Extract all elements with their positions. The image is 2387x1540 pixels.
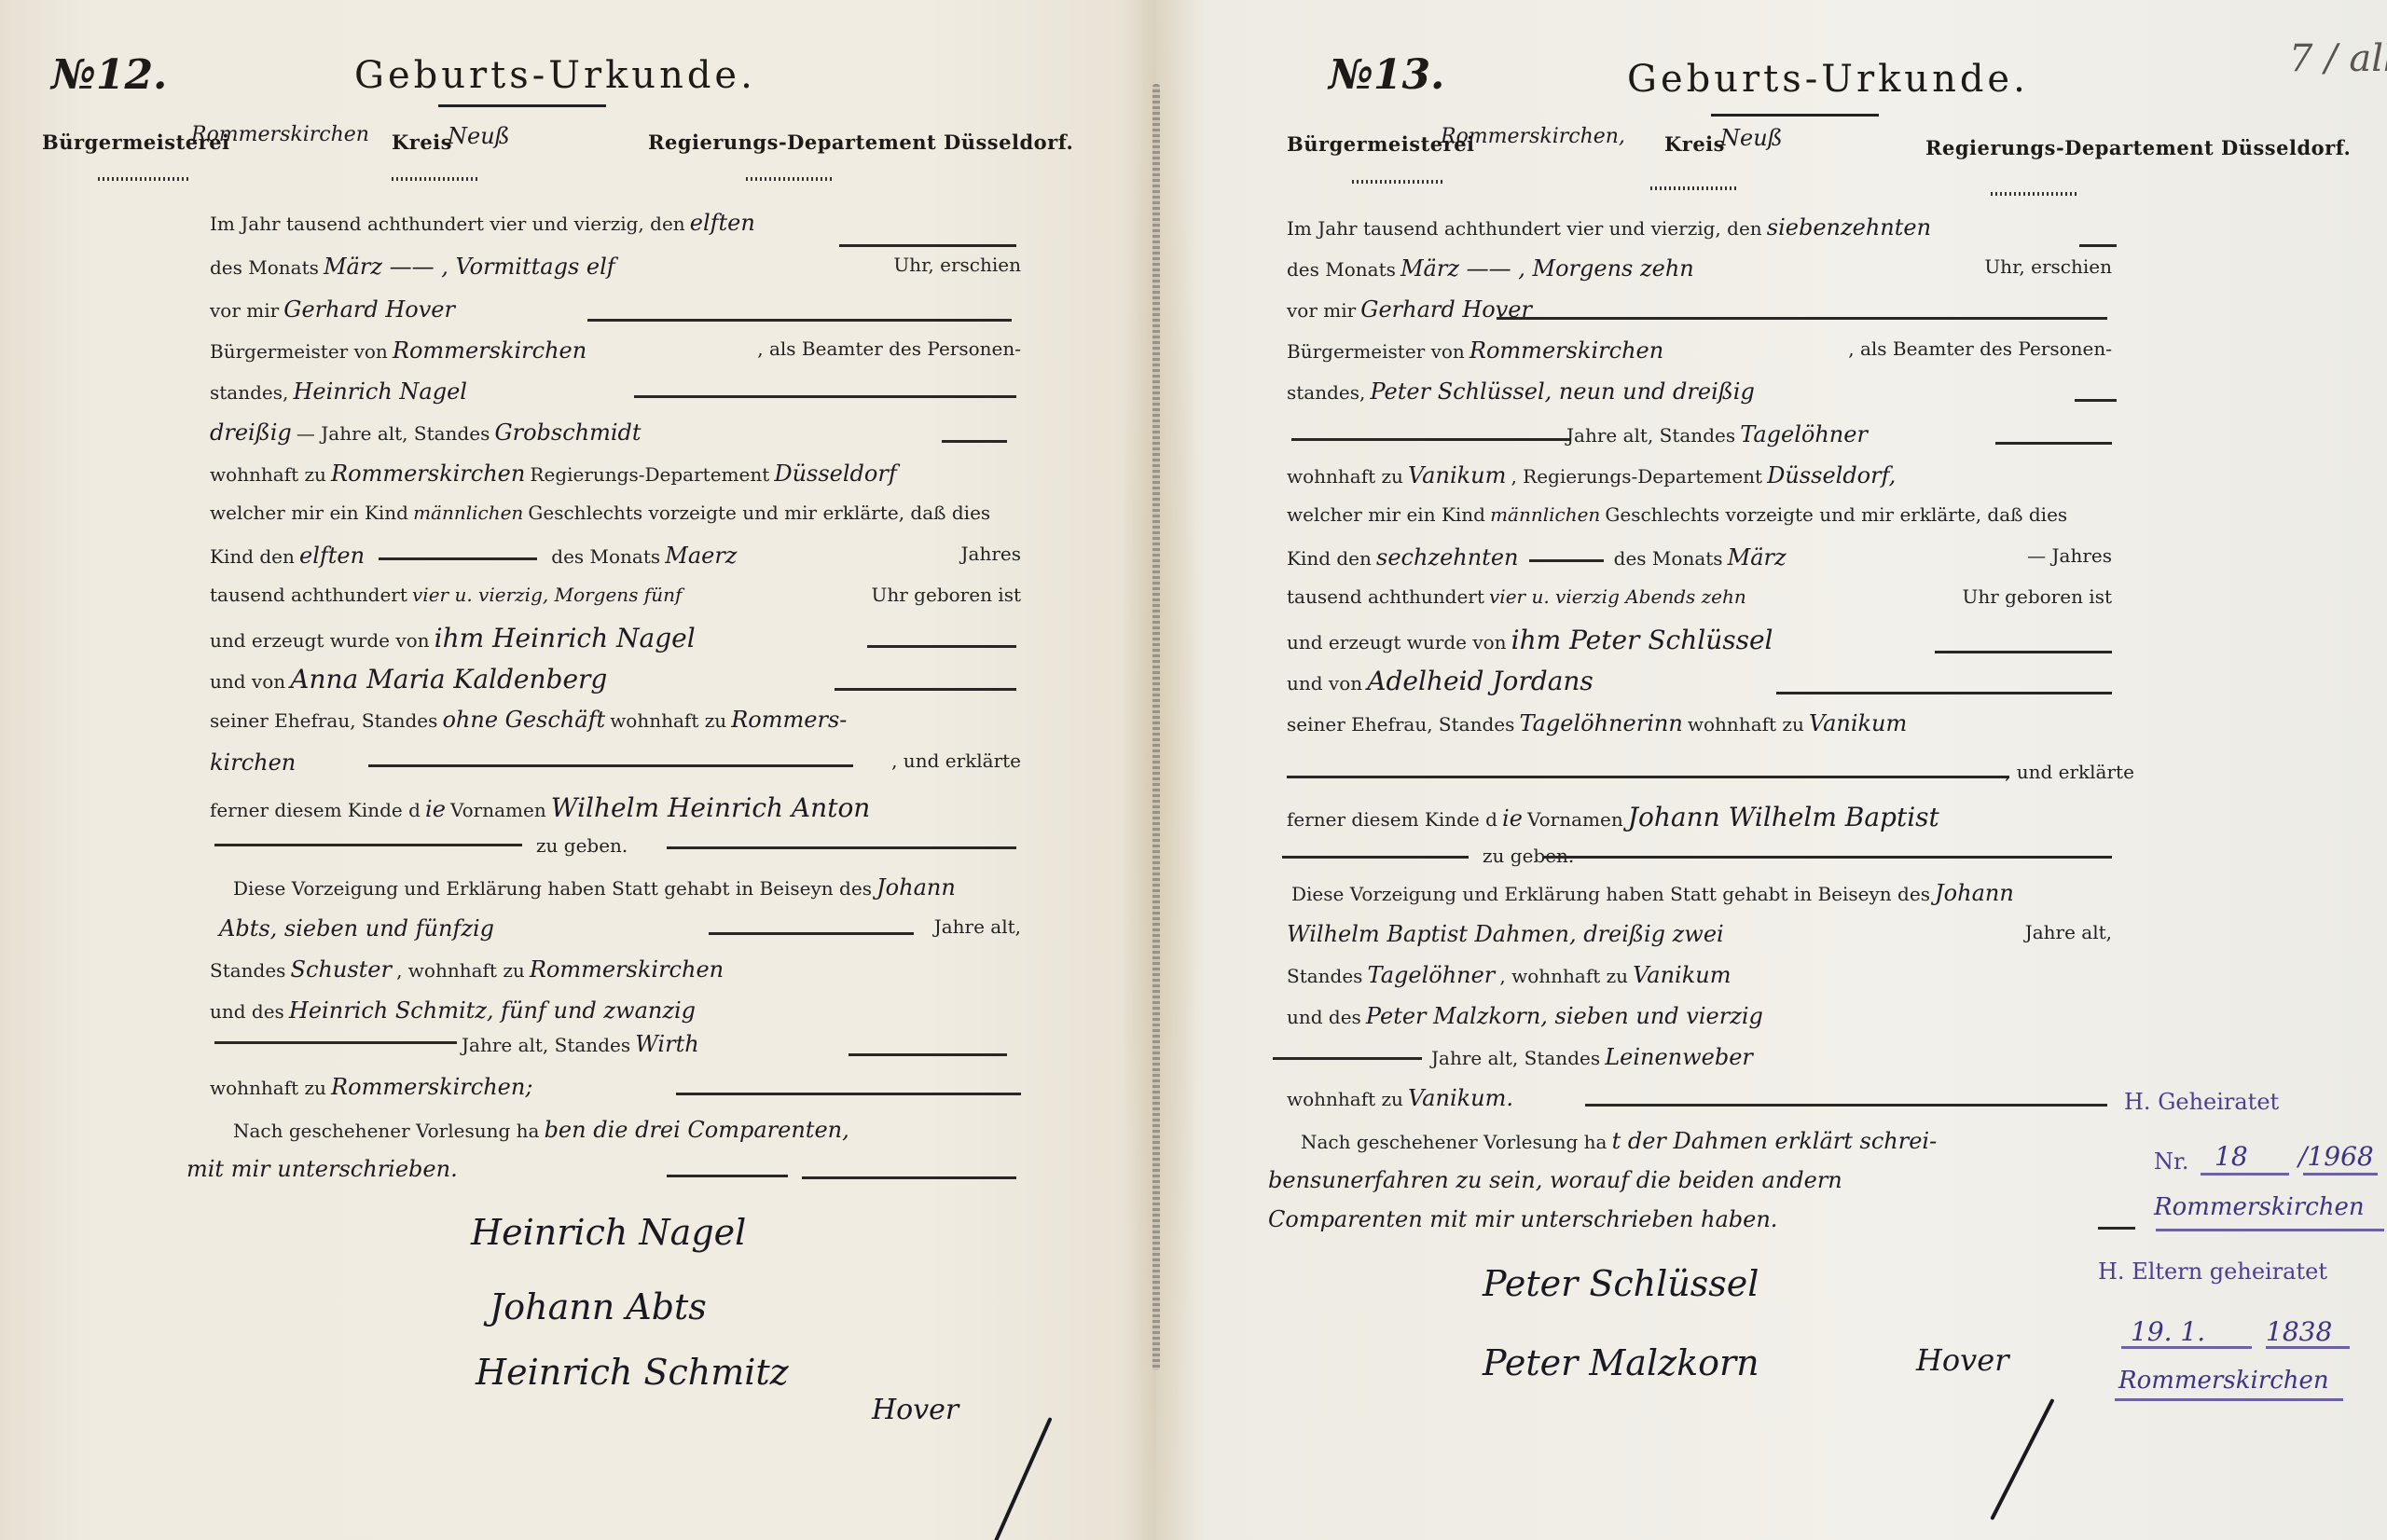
kreis-label: Kreis (1664, 132, 1725, 156)
certificate-number: №13. (1329, 51, 1444, 99)
buergermeisterei-value: Rommerskirchen (191, 123, 369, 146)
signature-witness-2: Heinrich Schmitz (476, 1352, 789, 1393)
blank-rule (587, 319, 1012, 322)
form-line: Kind den elften des Monats Maerz Jahres (210, 543, 1021, 569)
blank-rule (849, 1053, 1007, 1056)
blank-rule (1543, 856, 2112, 859)
blank-rule (1497, 317, 2107, 320)
pencil-page-marking: 7 / ally (2289, 37, 2387, 80)
form-line: Jahre alt, Standes Wirth (462, 1031, 699, 1057)
stamp-year-value: /1968 (2298, 1141, 2374, 1172)
regierung-label: Regierungs-Departement Düsseldorf. (648, 131, 1073, 154)
form-line: Kind den sechzehnten des Monats März — J… (1287, 544, 2112, 571)
form-line: und des Peter Malzkorn, sieben und vierz… (1287, 1003, 1763, 1029)
blank-rule (1995, 442, 2112, 445)
stamp-rule (2115, 1398, 2343, 1401)
dotted-rule (746, 177, 835, 181)
spine-stain (1119, 0, 1203, 1540)
blank-rule (214, 844, 522, 846)
dotted-rule (1991, 192, 2079, 196)
stamp-rule (2121, 1346, 2252, 1349)
stamp-place: Rommerskirchen (2154, 1193, 2365, 1221)
form-line: tausend achthundert vier u. vierzig Aben… (1287, 585, 2112, 608)
blank-rule (379, 557, 537, 560)
title-rule (438, 104, 606, 107)
form-line: Bürgermeister von Rommerskirchen , als B… (210, 337, 1021, 364)
stamp-rule (2201, 1173, 2289, 1176)
form-line: Comparenten mit mir unterschrieben haben… (1268, 1206, 1777, 1232)
stamp-parents-year: 1838 (2266, 1316, 2332, 1347)
title-rule (1711, 114, 1879, 117)
blank-rule (667, 1175, 788, 1177)
blank-rule (1935, 651, 2112, 653)
form-line: und erzeugt wurde von ihm Peter Schlüsse… (1287, 625, 1773, 655)
blank-rule (1529, 559, 1604, 562)
signature-father: Peter Schlüssel (1483, 1263, 1759, 1304)
certificate-title: Geburts-Urkunde. (354, 54, 756, 97)
blank-rule (839, 244, 1016, 247)
blank-rule (2098, 1227, 2135, 1230)
form-line: Jahre alt, Standes Leinenweber (1431, 1044, 1753, 1070)
form-line: Im Jahr tausend achthundert vier und vie… (210, 210, 755, 236)
binding-thread (1152, 84, 1160, 1370)
form-line: Standes Schuster , wohnhaft zu Rommerski… (210, 956, 724, 983)
form-line: kirchen , und erklärte (210, 749, 1021, 776)
form-line: und von Anna Maria Kaldenberg (210, 664, 607, 694)
stamp-rule (2156, 1229, 2384, 1231)
form-line: wohnhaft zu Vanikum. (1287, 1085, 1513, 1111)
blank-rule (835, 688, 1016, 691)
kreis-value: Neuß (448, 123, 510, 149)
stamp-nr-label: Nr. (2154, 1148, 2188, 1175)
blank-rule (2079, 244, 2117, 247)
regierung-label: Regierungs-Departement Düsseldorf. (1925, 136, 2351, 159)
form-line: Diese Vorzeigung und Erklärung haben Sta… (233, 874, 956, 901)
certificate-number: №12. (51, 51, 167, 99)
blank-rule (1776, 692, 2112, 694)
dotted-rule (392, 177, 480, 181)
dotted-rule (1650, 186, 1739, 190)
form-line: welcher mir ein Kind männlichen Geschlec… (1287, 503, 2067, 526)
form-line: , und erklärte (2005, 761, 2134, 783)
blank-rule (634, 395, 1016, 398)
blank-rule (802, 1176, 1016, 1179)
signature-official: Hover (1916, 1342, 2008, 1378)
signature-father: Heinrich Nagel (471, 1212, 746, 1253)
form-line: Nach geschehener Vorlesung ha ben die dr… (233, 1117, 849, 1143)
form-line: standes, Heinrich Nagel (210, 378, 467, 405)
stamp-married-label: H. Geheiratet (2124, 1089, 2279, 1115)
form-line: wohnhaft zu Rommerskirchen; (210, 1074, 532, 1100)
form-line: seiner Ehefrau, Standes Tagelöhnerinn wo… (1287, 710, 1907, 736)
form-line: und von Adelheid Jordans (1287, 666, 1594, 696)
blank-rule (1273, 1057, 1422, 1060)
form-line: mit mir unterschrieben. (186, 1156, 458, 1182)
dotted-rule (98, 177, 191, 181)
signature-witness-1: Johann Abts (490, 1286, 707, 1327)
form-line: und des Heinrich Schmitz, fünf und zwanz… (210, 997, 696, 1024)
form-line: dreißig — Jahre alt, Standes Grobschmidt (210, 419, 642, 446)
form-line: Jahre alt, Standes Tagelöhner (1566, 421, 1868, 447)
blank-rule (867, 645, 1016, 648)
kreis-value: Neuß (1720, 125, 1783, 151)
form-line: vor mir Gerhard Hover (1287, 296, 1532, 323)
form-line: Nach geschehener Vorlesung ha t der Dahm… (1301, 1128, 1937, 1154)
blank-rule (368, 764, 853, 767)
form-line: des Monats März —— , Vormittags elf Uhr,… (210, 254, 1021, 280)
form-line: Diese Vorzeigung und Erklärung haben Sta… (1291, 880, 2014, 906)
blank-rule (1282, 856, 1469, 859)
kreis-label: Kreis (392, 131, 452, 154)
form-line: Im Jahr tausend achthundert vier und vie… (1287, 214, 1931, 241)
form-line: und erzeugt wurde von ihm Heinrich Nagel (210, 623, 696, 653)
form-line: standes, Peter Schlüssel, neun und dreiß… (1287, 378, 1755, 405)
blank-rule (1291, 438, 1571, 441)
blank-rule (1287, 776, 2009, 778)
form-line: wohnhaft zu Rommerskirchen Regierungs-De… (210, 461, 897, 487)
buergermeisterei-value: Rommerskirchen, (1441, 125, 1625, 148)
stamp-parents-place: Rommerskirchen (2118, 1367, 2329, 1395)
zu-geben: zu geben. (536, 834, 628, 857)
form-line: welcher mir ein Kind männlichen Geschlec… (210, 502, 990, 524)
form-line: tausend achthundert vier u. vierzig, Mor… (210, 584, 1021, 606)
blank-rule (676, 1093, 1021, 1095)
signature-official: Hover (872, 1394, 959, 1426)
blank-rule (709, 932, 914, 935)
form-line: ferner diesem Kinde d ie Vornamen Johann… (1287, 802, 1939, 832)
form-line: Wilhelm Baptist Dahmen, dreißig zwei Jah… (1287, 921, 2112, 947)
certificate-title: Geburts-Urkunde. (1627, 58, 2029, 101)
blank-rule (214, 1041, 457, 1044)
stamp-parents-date: 19. 1. (2131, 1316, 2205, 1347)
form-line: Standes Tagelöhner , wohnhaft zu Vanikum (1287, 962, 1731, 988)
form-line: bensunerfahren zu sein, worauf die beide… (1268, 1167, 1842, 1193)
stamp-rule (2266, 1346, 2350, 1349)
stamp-rule (2303, 1173, 2378, 1176)
form-line: seiner Ehefrau, Standes ohne Geschäft wo… (210, 707, 847, 733)
form-line: Abts, sieben und fünfzig Jahre alt, (219, 915, 1021, 942)
form-line: des Monats März —— , Morgens zehn Uhr, e… (1287, 255, 2112, 282)
blank-rule (2075, 399, 2117, 402)
blank-rule (1585, 1104, 2107, 1107)
blank-rule (942, 440, 1007, 443)
form-line: Bürgermeister von Rommerskirchen , als B… (1287, 337, 2112, 364)
dotted-rule (1352, 180, 1445, 184)
blank-rule (667, 846, 1016, 849)
form-line: ferner diesem Kinde d ie Vornamen Wilhel… (210, 792, 870, 823)
form-line: wohnhaft zu Vanikum , Regierungs-Departe… (1287, 462, 1896, 488)
stamp-parents-married-label: H. Eltern geheiratet (2098, 1258, 2327, 1285)
stamp-nr-value: 18 (2215, 1141, 2248, 1172)
form-line: vor mir Gerhard Hover (210, 296, 455, 323)
signature-witness: Peter Malzkorn (1483, 1342, 1759, 1383)
